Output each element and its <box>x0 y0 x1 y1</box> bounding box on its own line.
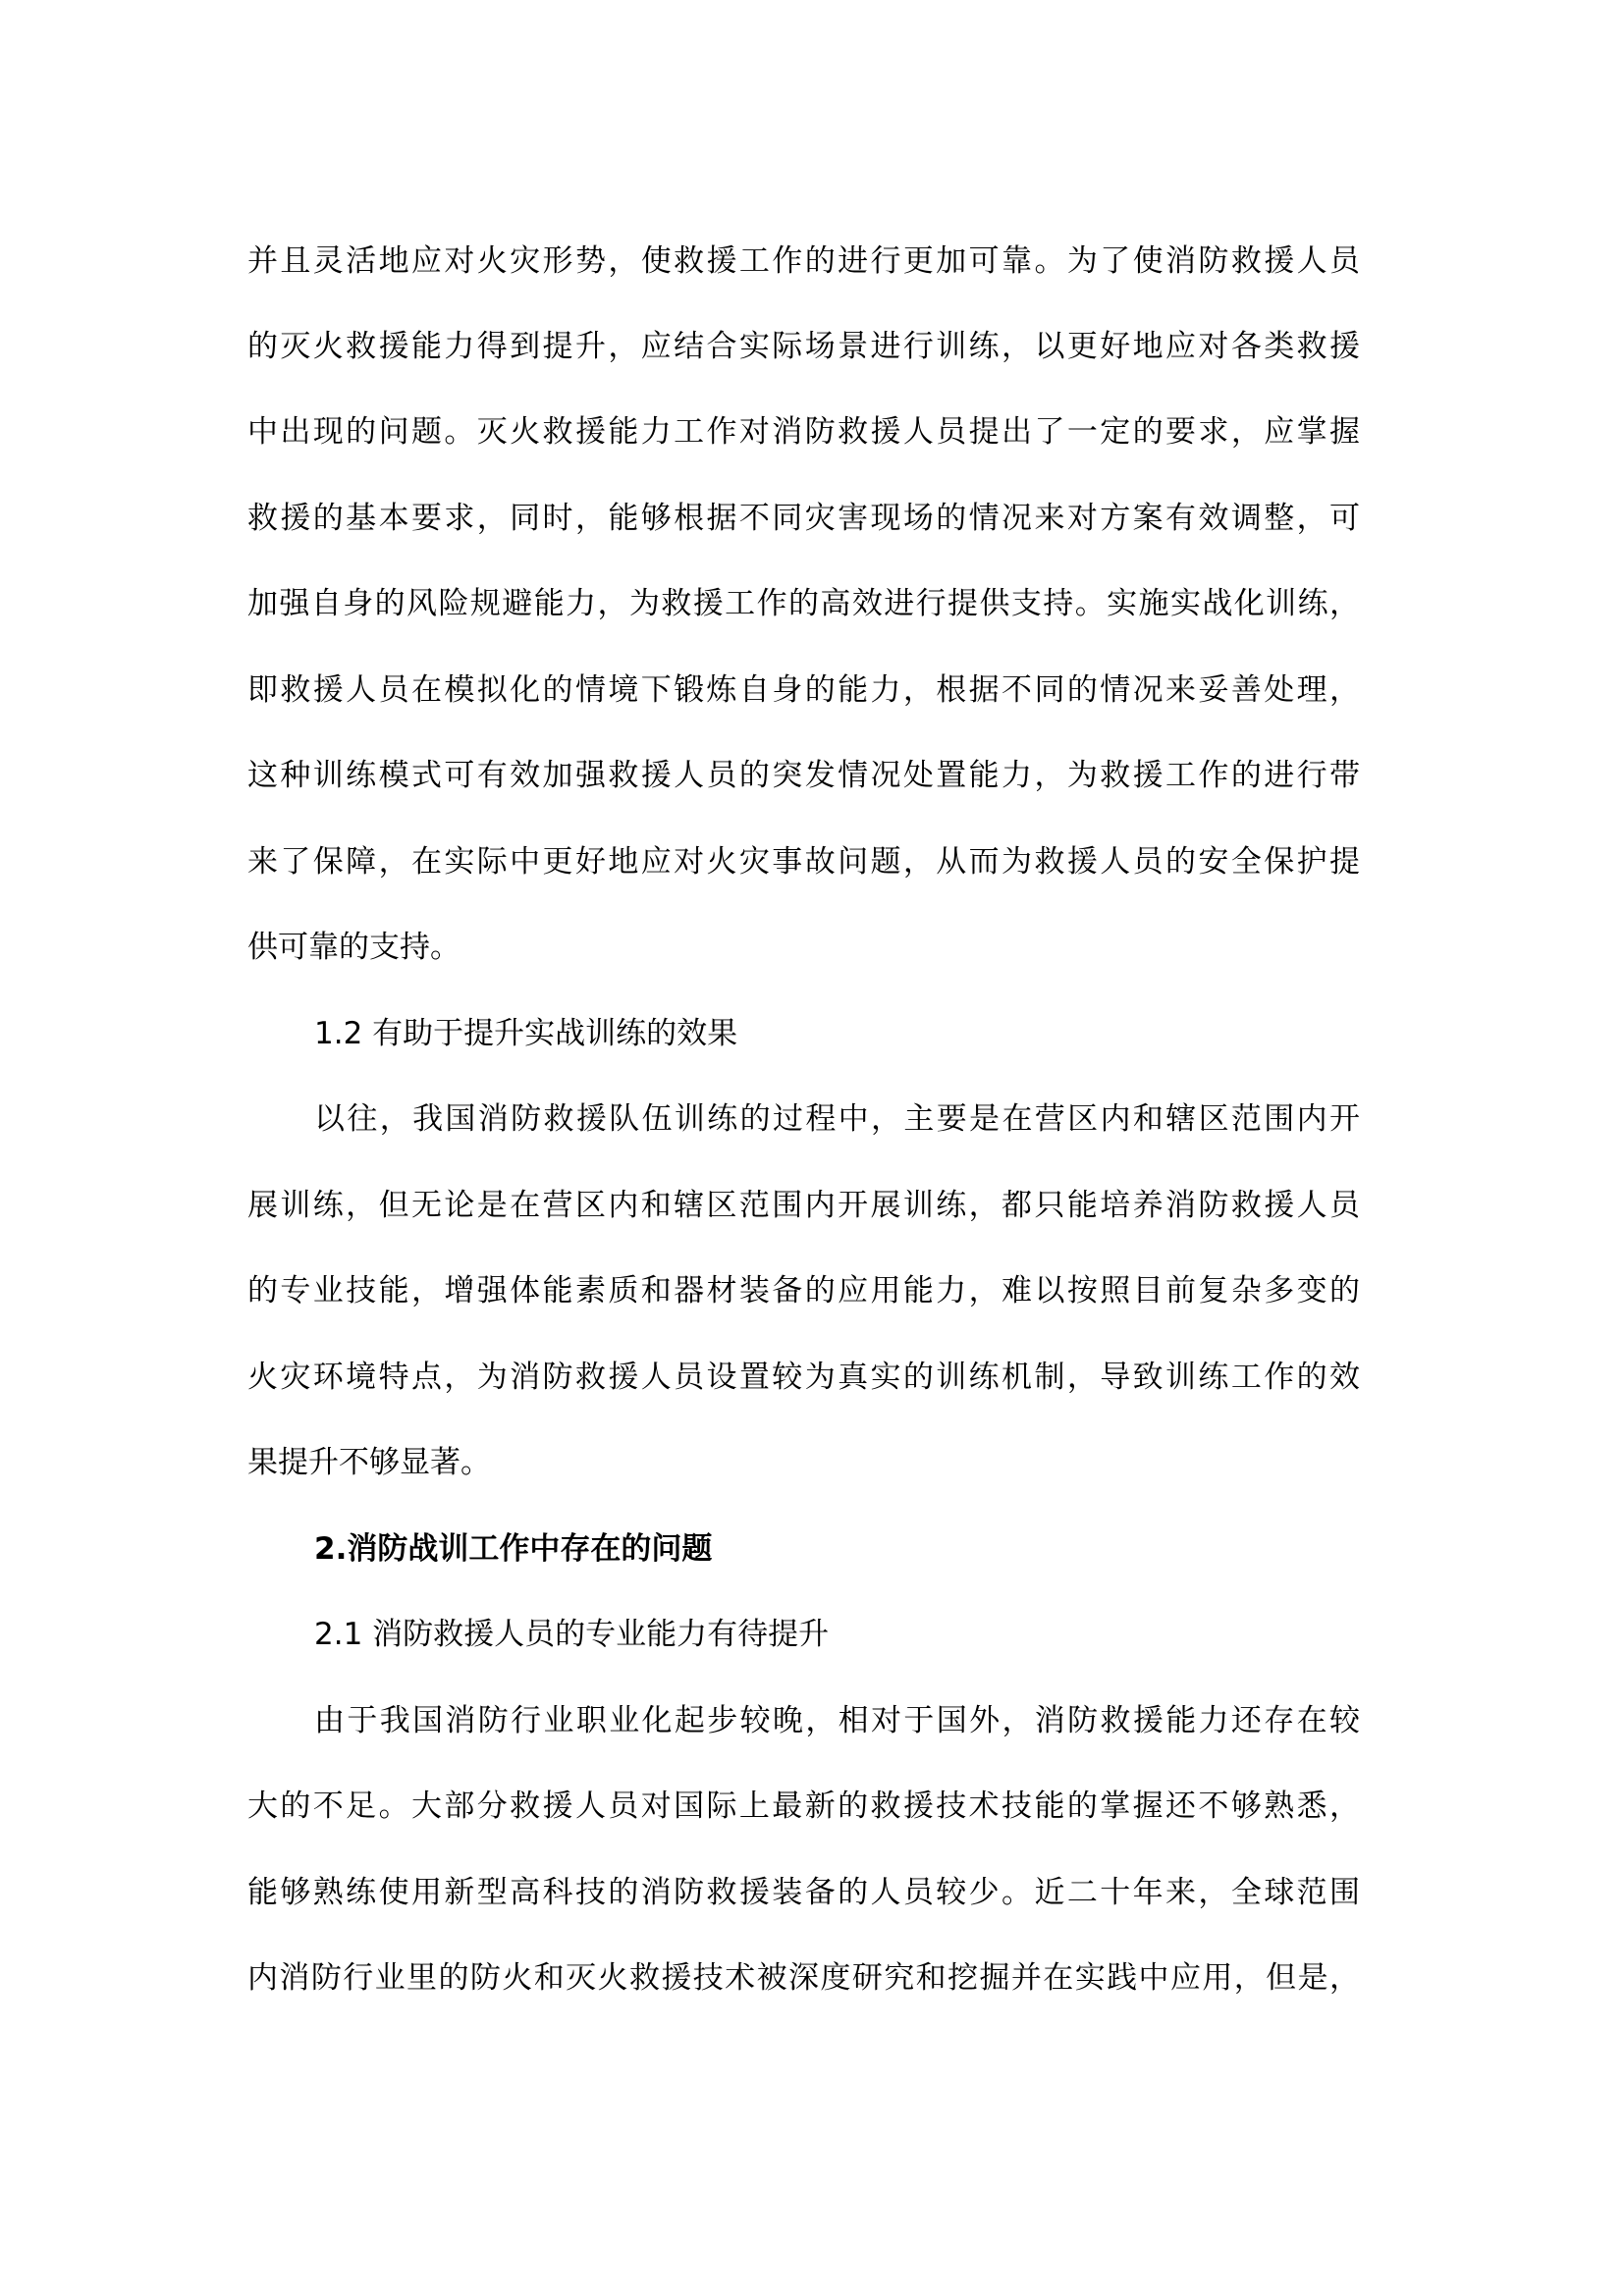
paragraph-2-line-1: 以往，我国消防救援队伍训练的过程中，主要是在营区内和辖区范围内开 <box>314 1099 1360 1139</box>
paragraph-2-line-4: 火灾环境特点，为消防救援人员设置较为真实的训练机制，导致训练工作的效 <box>247 1358 1360 1397</box>
section-1-2-heading: 1.2 有助于提升实战训练的效果 <box>314 1014 1360 1053</box>
paragraph-3-line-2: 大的不足。大部分救援人员对国际上最新的救援技术技能的掌握还不够熟悉， <box>247 1787 1360 1826</box>
paragraph-1-line-5: 加强自身的风险规避能力，为救援工作的高效进行提供支持。实施实战化训练， <box>247 584 1360 623</box>
paragraph-2-line-2: 展训练，但无论是在营区内和辖区范围内开展训练，都只能培养消防救援人员 <box>247 1186 1360 1225</box>
document-page: 并且灵活地应对火灾形势，使救援工作的进行更加可靠。为了使消防救援人员 的灭火救援… <box>0 0 1624 2296</box>
paragraph-1-line-8: 来了保障，在实际中更好地应对火灾事故问题，从而为救援人员的安全保护提 <box>247 842 1360 881</box>
paragraph-1-line-4: 救援的基本要求，同时，能够根据不同灾害现场的情况来对方案有效调整，可 <box>247 499 1360 538</box>
section-2-heading: 2.消防战训工作中存在的问题 <box>314 1529 1360 1569</box>
paragraph-1-line-9: 供可靠的支持。 <box>247 928 1360 967</box>
paragraph-1-line-1: 并且灵活地应对火灾形势，使救援工作的进行更加可靠。为了使消防救援人员 <box>247 241 1360 281</box>
paragraph-1-line-3: 中出现的问题。灭火救援能力工作对消防救援人员提出了一定的要求，应掌握 <box>247 412 1360 452</box>
paragraph-1-line-7: 这种训练模式可有效加强救援人员的突发情况处置能力，为救援工作的进行带 <box>247 756 1360 795</box>
paragraph-1-line-6: 即救援人员在模拟化的情境下锻炼自身的能力，根据不同的情况来妥善处理， <box>247 670 1360 710</box>
section-2-1-heading: 2.1 消防救援人员的专业能力有待提升 <box>314 1615 1360 1654</box>
paragraph-3-line-4: 内消防行业里的防火和灭火救援技术被深度研究和挖掘并在实践中应用，但是， <box>247 1958 1360 1998</box>
paragraph-1-line-2: 的灭火救援能力得到提升，应结合实际场景进行训练，以更好地应对各类救援 <box>247 327 1360 366</box>
paragraph-3-line-3: 能够熟练使用新型高科技的消防救援装备的人员较少。近二十年来，全球范围 <box>247 1873 1360 1912</box>
paragraph-2-line-3: 的专业技能，增强体能素质和器材装备的应用能力，难以按照目前复杂多变的 <box>247 1271 1360 1310</box>
paragraph-3-line-1: 由于我国消防行业职业化起步较晚，相对于国外，消防救援能力还存在较 <box>314 1701 1360 1740</box>
paragraph-2-line-5: 果提升不够显著。 <box>247 1443 1360 1482</box>
